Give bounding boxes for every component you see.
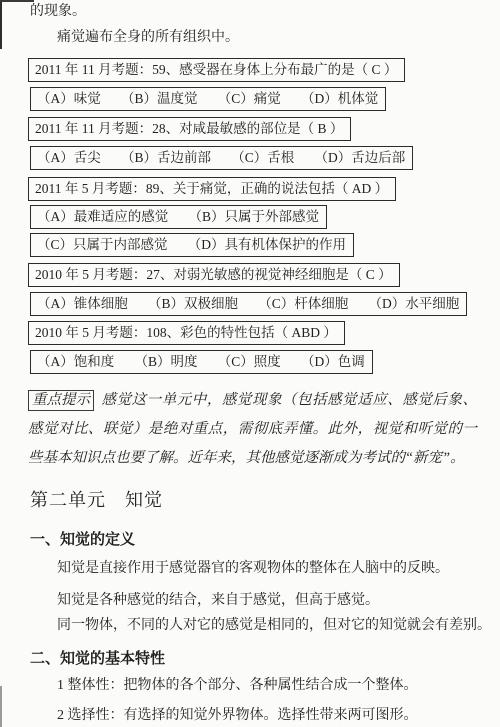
scan-edge-artifact-top-left [0, 0, 2, 49]
exam-options-box-2011-5-89-ab: （A）最难适应的感觉 （B）只属于外部感觉 [30, 205, 327, 229]
paragraph-pain-sensation: 痛觉遍布全身的所有组织中。 [57, 29, 239, 46]
scan-edge-artifact-bottom-left [0, 686, 2, 727]
exam-question-box-2011-11-28: 2011 年 11 月考题：28、对咸最敏感的部位是（ B ） [28, 117, 351, 141]
scanned-document-page: 的现象。 痛觉遍布全身的所有组织中。 2011 年 11 月考题：59、感受器在… [0, 0, 500, 727]
exam-question-box-2010-5-108: 2010 年 5 月考题：108、彩色的特性包括（ ABD ） [28, 321, 345, 345]
perception-feature-line2: 2 选择性：有选择的知觉外界物体。选择性带来两可图形。 [57, 707, 418, 724]
exam-options-box-2010-5-27: （A）锥体细胞 （B）双极细胞 （C）杆体细胞 （D）水平细胞 [30, 292, 467, 316]
paragraph-fragment: 的现象。 [30, 3, 86, 20]
exam-options-box-2011-5-89-cd: （C）只属于内部感觉 （D）具有机体保护的作用 [30, 233, 354, 257]
key-note-text: 感觉这一单元中，感觉现象（包括感觉适应、感觉后象、感觉对比、联觉）是绝对重点，需… [28, 392, 477, 466]
key-note-paragraph: 重点提示感觉这一单元中，感觉现象（包括感觉适应、感觉后象、感觉对比、联觉）是绝对… [28, 386, 477, 473]
scan-edge-artifact-top [0, 0, 34, 2]
unit2-title: 第二单元 知觉 [30, 486, 163, 512]
exam-options-box-2011-11-59: （A）味觉 （B）温度觉 （C）痛觉 （D）机体觉 [30, 87, 386, 111]
key-note-label: 重点提示 [28, 390, 94, 411]
exam-options-box-2011-11-28: （A）舌尖 （B）舌边前部 （C）舌根 （D）舌边后部 [30, 146, 413, 170]
heading-perception-definition: 一、知觉的定义 [30, 528, 135, 549]
exam-question-box-2010-5-27: 2010 年 5 月考题：27、对弱光敏感的视觉神经细胞是（ C ） [28, 263, 400, 287]
perception-definition-line1: 知觉是直接作用于感觉器官的客观物体的整体在人脑中的反映。 [57, 560, 449, 577]
perception-feature-line1: 1 整体性：把物体的各个部分、各种属性结合成一个整体。 [57, 677, 418, 694]
exam-options-box-2010-5-108: （A）饱和度 （B）明度 （C）照度 （D）色调 [30, 350, 373, 374]
exam-question-box-2011-5-89: 2011 年 5 月考题：89、关于痛觉，正确的说法包括（ AD ） [28, 177, 396, 201]
heading-perception-features: 二、知觉的基本特性 [30, 647, 165, 668]
perception-definition-line3: 同一物体，不同的人对它的感觉是相同的，但对它的知觉就会有差别。 [57, 617, 491, 634]
perception-definition-line2: 知觉是各种感觉的结合，来自于感觉，但高于感觉。 [57, 592, 379, 609]
exam-question-box-2011-11-59: 2011 年 11 月考题：59、感受器在身体上分布最广的是（ C ） [28, 58, 405, 82]
